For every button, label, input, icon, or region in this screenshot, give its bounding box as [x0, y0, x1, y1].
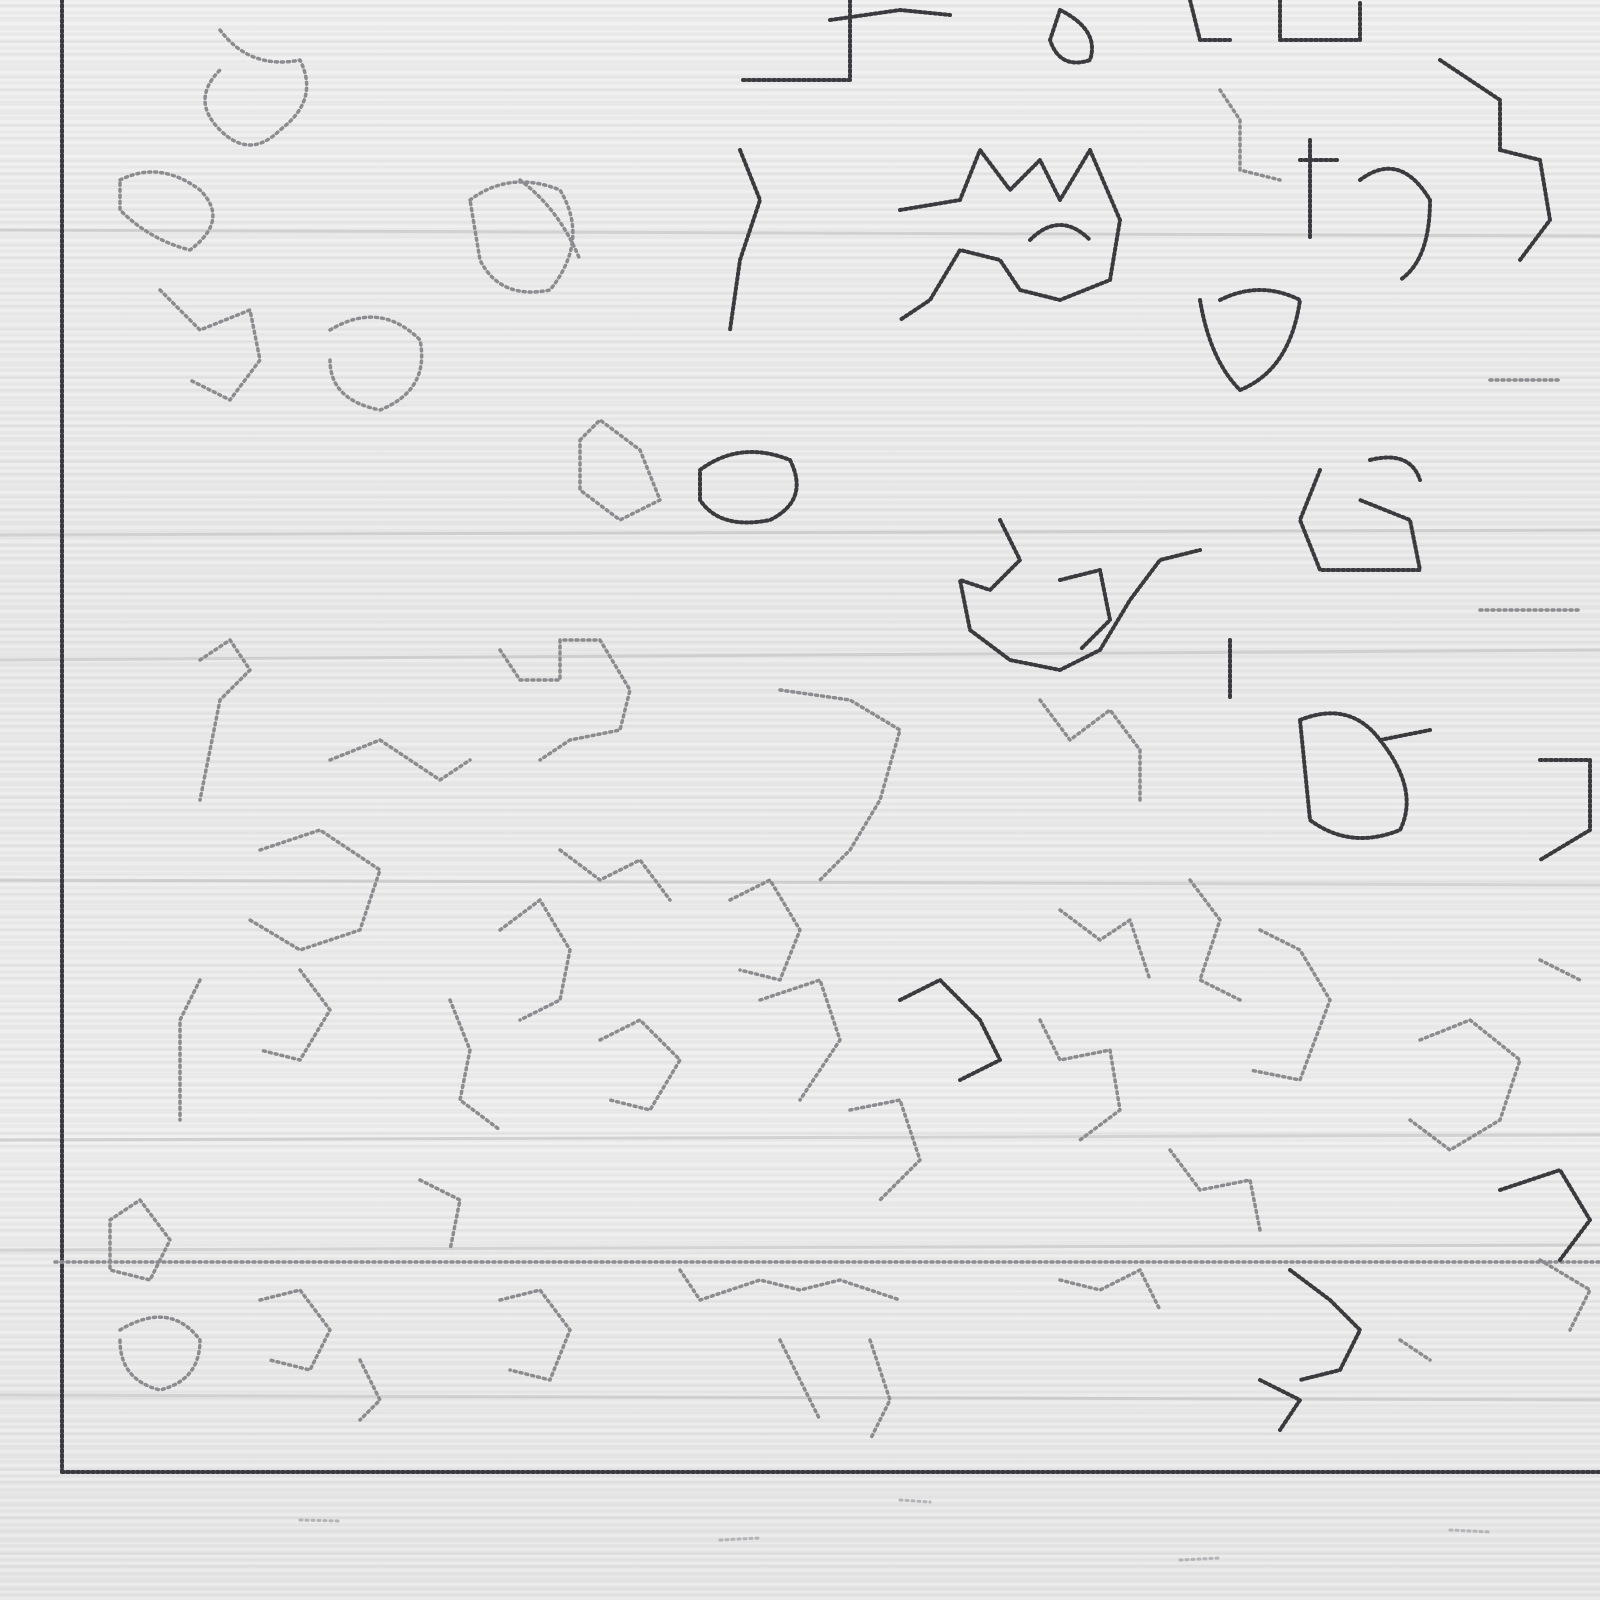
floral-motif-lower	[180, 830, 1590, 1260]
floral-motif-center	[200, 520, 1590, 880]
floral-motif-bottom-band	[110, 1180, 1590, 1440]
floral-motif-top-right	[1190, 0, 1580, 610]
rug-pattern	[0, 0, 1600, 1600]
lotus-motif-center-top	[580, 150, 1120, 523]
rug-border	[55, 0, 1600, 1472]
floral-motif-top-left	[120, 0, 1092, 410]
abrash-streaks	[0, 230, 1600, 1400]
scattered-fibers	[300, 1500, 1490, 1560]
